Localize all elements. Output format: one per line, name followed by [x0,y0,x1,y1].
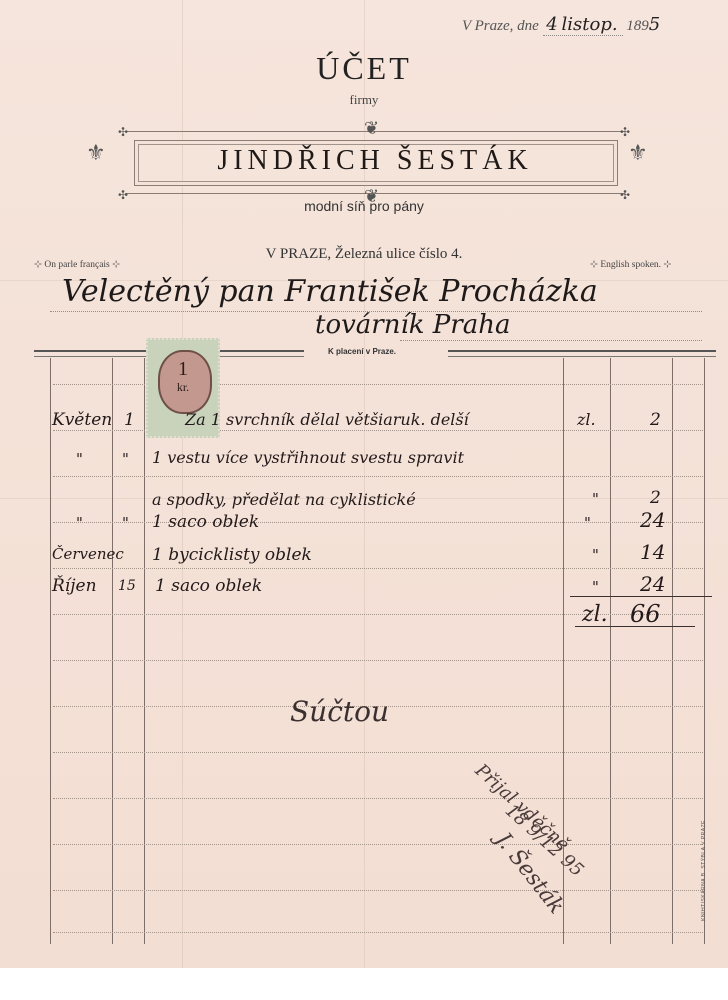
date-year-hand: 5 [649,14,660,35]
recipient-line-2: továrník Praha [315,310,510,340]
column-divider [50,358,51,944]
table-rule [53,522,703,523]
item-currency: " [592,546,599,564]
item-day: " [122,450,129,468]
item-currency: " [592,490,599,508]
item-description: 1 saco oblek [152,512,259,532]
item-amount: 24 [640,508,665,532]
item-month: Říjen [52,576,97,596]
ornament-icon: ❦ [364,118,379,139]
column-divider [112,358,113,944]
item-description: 1 bycicklisty oblek [152,545,312,565]
column-divider [144,358,145,944]
item-month: Květen [52,410,112,430]
item-amount: 14 [640,540,665,564]
corner-ornament-icon: ✣ [118,125,128,140]
right-scroll-ornament-icon: ⚜ [628,140,648,166]
total-amount: 66 [630,600,661,628]
firm-label: firmy [0,92,728,108]
item-amount: 24 [640,572,665,596]
table-rule [53,890,703,891]
printer-note: KNIHTISKÁRNA B. STÝBLA V PRAZE [701,820,707,921]
table-rule [53,660,703,661]
item-month: " [76,450,83,468]
date-day: 4 [546,14,557,35]
item-amount: 2 [650,410,661,430]
summary-word: Súčtou [290,695,389,728]
item-amount: 2 [650,488,661,508]
recipient-dotline [400,340,702,341]
column-divider [610,358,611,944]
item-currency: " [592,578,599,596]
table-rule [53,476,703,477]
lang-french: ⊹ On parle français ⊹ [34,259,120,270]
company-name: JINDŘICH ŠESTÁK [134,145,616,177]
corner-ornament-icon: ✣ [620,125,630,140]
total-rule [570,596,712,597]
item-description: Za 1 svrchník dělal většiaruk. delší [185,410,469,429]
stamp-value: 1 kr. [148,360,218,396]
total-underline [575,626,695,627]
item-day: 15 [118,578,136,594]
date-year-printed: 189 [626,18,649,34]
item-description: 1 saco oblek [155,576,262,596]
left-scroll-ornament-icon: ⚜ [86,140,106,166]
table-rule [53,752,703,753]
item-description: 1 vestu více vystřihnout svestu spravit [152,448,464,467]
date-line: V Praze, dne 4 listop. 1895 [462,14,660,36]
table-rule [53,798,703,799]
item-currency: zl. [577,410,596,429]
item-month: " [76,514,83,532]
item-day: 1 [124,410,135,430]
total-currency: zl. [582,602,608,627]
recipient-line-1: Velectěný pan František Procházka [62,274,598,309]
table-rule [53,568,703,569]
lang-english: ⊹ English spoken. ⊹ [590,259,671,270]
item-currency: " [584,514,591,532]
payment-label: K placení v Praze. [328,347,396,356]
item-month: Červenec [52,545,124,563]
table-rule [53,932,703,933]
date-month: listop. [562,14,618,35]
date-prefix: V Praze, dne [462,18,539,34]
item-description: a spodky, předělat na cyklistické [152,490,416,509]
column-divider [672,358,673,944]
company-subtitle: modní síň pro pány [0,198,728,214]
payment-rule-right [448,350,716,357]
table-rule [53,844,703,845]
item-day: " [122,514,129,532]
invoice-sheet: V Praze, dne 4 listop. 1895 ÚČET firmy ❦… [0,0,728,968]
document-title: ÚČET [0,50,728,87]
